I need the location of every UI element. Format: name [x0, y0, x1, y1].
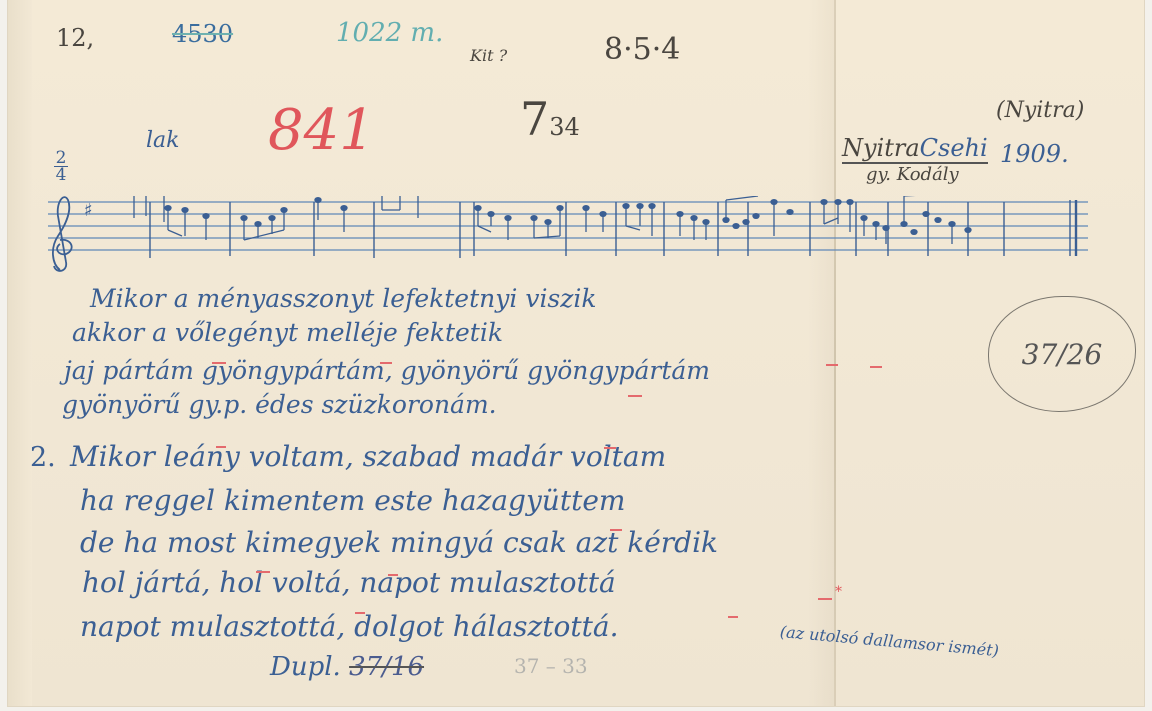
dupl-label: Dupl. — [270, 652, 341, 682]
collection-year: 1909. — [1000, 140, 1069, 168]
red-correction-mark — [388, 574, 398, 576]
lyrics-verse2-line3: de ha most kimegyek mingyá csak azt kérd… — [80, 526, 718, 559]
red-catalog-number: 841 — [268, 98, 375, 163]
lyrics-verse1-line3: jaj pártám gyöngypártám, gyönyörű gyöngy… — [64, 356, 710, 385]
classification-code: 8·5·4 — [604, 32, 680, 67]
circled-reference-text: 37/26 — [1022, 338, 1103, 371]
music-staff: ♯ — [48, 196, 1088, 276]
sharp-icon: ♯ — [84, 200, 93, 221]
red-correction-mark — [212, 362, 226, 364]
teal-ref-number: 1022 m. — [336, 18, 443, 48]
dupl-struck-ref: 37/16 — [349, 652, 424, 682]
red-correction-mark — [216, 446, 226, 448]
paper-left-edge — [8, 0, 32, 706]
lyrics-verse1-line1: Mikor a ményasszonyt lefektetnyi viszik — [90, 284, 597, 313]
fraction-sub: 34 — [549, 113, 580, 141]
ref-number-12: 12, — [56, 24, 94, 52]
time-sig-top: 2 — [54, 150, 68, 166]
pencil-footer-ref: 37 – 33 — [514, 654, 588, 678]
red-correction-mark — [628, 395, 642, 397]
red-asterisk-icon: * — [835, 584, 842, 600]
fold-shadow — [808, 0, 834, 706]
duplicate-note: Dupl. 37/16 — [270, 652, 424, 682]
red-correction-mark — [818, 598, 832, 600]
lyrics-verse2-line1: Mikor leány voltam, szabad madár voltam — [70, 440, 666, 473]
collection-place: NyitraCsehi — [842, 134, 988, 164]
place-village: Csehi — [920, 134, 988, 162]
struck-ref-number: 4530 — [172, 20, 233, 48]
place-county: Nyitra — [842, 134, 920, 162]
lyrics-verse2-line4: hol jártá, hol voltá, napot mulasztottá — [82, 566, 616, 599]
verse2-number: 2. — [30, 442, 56, 473]
lyrics-verse1-line2: akkor a vőlegényt melléje fektetik — [72, 318, 503, 347]
fraction-ref: 734 — [520, 92, 580, 146]
red-correction-mark — [256, 571, 270, 573]
red-correction-mark — [355, 612, 365, 614]
red-correction-mark — [826, 364, 838, 366]
red-correction-mark — [870, 366, 882, 368]
red-correction-mark — [380, 362, 392, 364]
red-correction-mark — [728, 616, 738, 618]
lyrics-verse2-line2: ha reggel kimentem este hazagyüttem — [80, 484, 625, 517]
time-sig-bottom: 4 — [54, 167, 68, 183]
label-lak: lak — [146, 128, 179, 153]
region-note: (Nyitra) — [996, 98, 1084, 123]
red-correction-mark — [610, 529, 622, 531]
time-signature: 2 4 — [54, 150, 68, 183]
collector-name: gy. Kodály — [866, 164, 959, 185]
kit-note: Kit ? — [470, 46, 507, 65]
lyrics-verse1-line4: gyönyörű gy.p. édes szüzkoronám. — [62, 390, 497, 419]
treble-clef-icon — [53, 197, 72, 271]
paper-fold-line — [834, 0, 836, 706]
red-correction-mark — [604, 447, 616, 449]
fraction-numerator: 7 — [520, 92, 549, 146]
lyrics-verse2-line5: napot mulasztottá, dolgot hálasztottá. — [80, 610, 619, 643]
